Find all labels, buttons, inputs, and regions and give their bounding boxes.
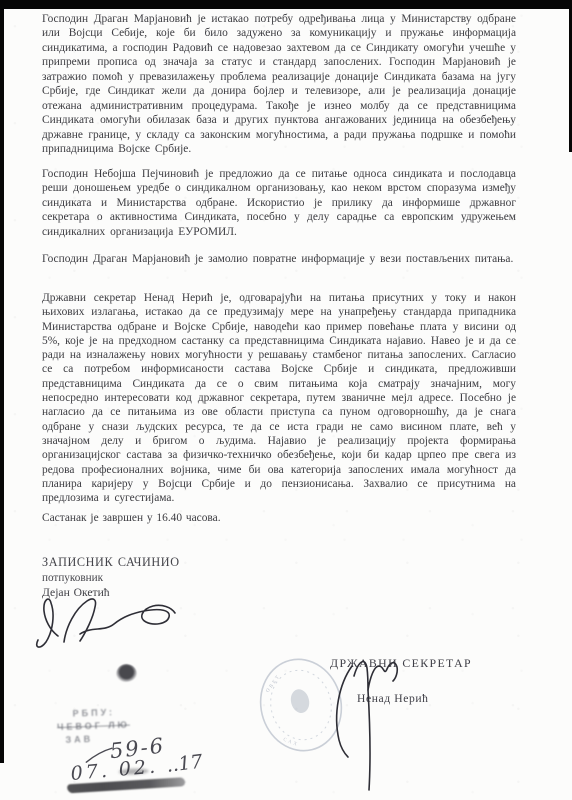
scan-border-left [0,0,4,763]
scan-border-top [0,0,572,9]
handwritten-year: ..17 [165,751,204,777]
scanned-document-page: Господин Драган Марјановић је истакао по… [0,0,572,800]
recorder-rank: потпуковник [42,572,103,584]
rectangular-receipt-stamp: РБПУ: ЧЕВОГ ЛЮ ЗАВ 59-6 07. 02. ..17 [46,703,249,800]
paragraph-pejcinovic-proposal: Господин Небојша Пејчиновић је предложио… [42,167,516,239]
recorder-caption: ЗАПИСНИК САЧИНИО [42,555,180,570]
paragraph-state-secretary-reply: Државни секретар Ненад Нерић је, одговар… [42,291,516,505]
meeting-end-line: Састанак је завршен у 16.40 часова. [42,512,221,524]
recorder-signature [30,592,180,652]
ink-blob [116,664,137,682]
paragraph-marjanovic-remarks: Господин Драган Марјановић је истакао по… [42,12,516,157]
svg-text:САХ: САХ [282,738,299,749]
approver-signature [330,652,410,792]
paragraph-marjanovic-request: Господин Драган Марјановић је замолио по… [42,252,516,266]
